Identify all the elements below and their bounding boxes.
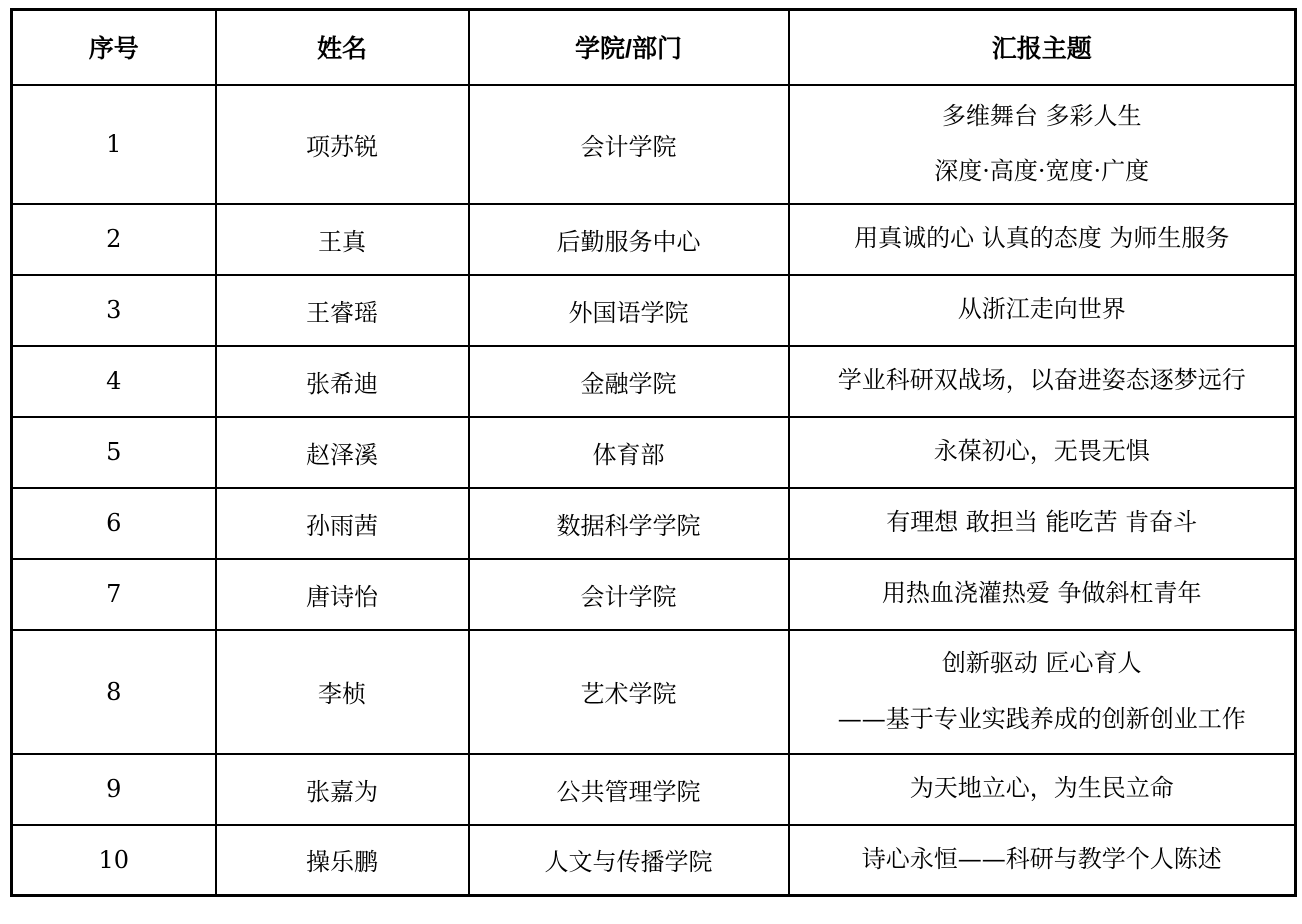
cell-name: 唐诗怡 (216, 559, 469, 630)
cell-name: 张嘉为 (216, 754, 469, 825)
cell-topic: 有理想 敢担当 能吃苦 肯奋斗 (789, 488, 1296, 559)
cell-no: 6 (12, 488, 216, 559)
table-row: 2 王真 后勤服务中心 用真诚的心 认真的态度 为师生服务 (12, 204, 1296, 275)
table-row: 10 操乐鹏 人文与传播学院 诗心永恒——科研与教学个人陈述 (12, 825, 1296, 896)
topic-line-1: 用真诚的心 认真的态度 为师生服务 (794, 211, 1291, 266)
topic-line-1: 学业科研双战场，以奋进姿态逐梦远行 (794, 353, 1291, 408)
topic-line-1: 用热血浇灌热爱 争做斜杠青年 (794, 566, 1291, 621)
cell-dept: 后勤服务中心 (469, 204, 789, 275)
cell-topic: 从浙江走向世界 (789, 275, 1296, 346)
cell-name: 孙雨茜 (216, 488, 469, 559)
topic-line-2: 深度·高度·宽度·广度 (794, 144, 1291, 199)
cell-no: 7 (12, 559, 216, 630)
cell-topic: 诗心永恒——科研与教学个人陈述 (789, 825, 1296, 896)
cell-dept: 人文与传播学院 (469, 825, 789, 896)
cell-no: 8 (12, 630, 216, 754)
topic-line-1: 多维舞台 多彩人生 (794, 89, 1291, 144)
cell-topic: 为天地立心，为生民立命 (789, 754, 1296, 825)
cell-dept: 体育部 (469, 417, 789, 488)
cell-no: 5 (12, 417, 216, 488)
cell-topic: 用真诚的心 认真的态度 为师生服务 (789, 204, 1296, 275)
table-row: 5 赵泽溪 体育部 永葆初心，无畏无惧 (12, 417, 1296, 488)
topic-line-1: 从浙江走向世界 (794, 282, 1291, 337)
cell-topic: 永葆初心，无畏无惧 (789, 417, 1296, 488)
cell-name: 张希迪 (216, 346, 469, 417)
cell-no: 2 (12, 204, 216, 275)
report-table: 序号 姓名 学院/部门 汇报主题 1 项苏锐 会计学院 多维舞台 多彩人生 深度… (10, 8, 1297, 897)
table-row: 9 张嘉为 公共管理学院 为天地立心，为生民立命 (12, 754, 1296, 825)
cell-dept: 会计学院 (469, 85, 789, 204)
topic-line-1: 有理想 敢担当 能吃苦 肯奋斗 (794, 495, 1291, 550)
table-row: 3 王睿瑶 外国语学院 从浙江走向世界 (12, 275, 1296, 346)
cell-dept: 会计学院 (469, 559, 789, 630)
header-row: 序号 姓名 学院/部门 汇报主题 (12, 10, 1296, 85)
table-row: 7 唐诗怡 会计学院 用热血浇灌热爱 争做斜杠青年 (12, 559, 1296, 630)
table-row: 6 孙雨茜 数据科学学院 有理想 敢担当 能吃苦 肯奋斗 (12, 488, 1296, 559)
topic-line-1: 创新驱动 匠心育人 (794, 636, 1291, 691)
cell-name: 赵泽溪 (216, 417, 469, 488)
topic-line-1: 诗心永恒——科研与教学个人陈述 (794, 832, 1291, 887)
cell-topic: 用热血浇灌热爱 争做斜杠青年 (789, 559, 1296, 630)
table-row: 8 李桢 艺术学院 创新驱动 匠心育人 ——基于专业实践养成的创新创业工作 (12, 630, 1296, 754)
header-dept: 学院/部门 (469, 10, 789, 85)
cell-dept: 公共管理学院 (469, 754, 789, 825)
table-row: 4 张希迪 金融学院 学业科研双战场，以奋进姿态逐梦远行 (12, 346, 1296, 417)
topic-line-2: ——基于专业实践养成的创新创业工作 (794, 692, 1291, 747)
header-no: 序号 (12, 10, 216, 85)
cell-no: 9 (12, 754, 216, 825)
topic-line-1: 为天地立心，为生民立命 (794, 761, 1291, 816)
table-row: 1 项苏锐 会计学院 多维舞台 多彩人生 深度·高度·宽度·广度 (12, 85, 1296, 204)
cell-name: 操乐鹏 (216, 825, 469, 896)
cell-name: 王睿瑶 (216, 275, 469, 346)
cell-name: 项苏锐 (216, 85, 469, 204)
cell-topic: 多维舞台 多彩人生 深度·高度·宽度·广度 (789, 85, 1296, 204)
header-topic: 汇报主题 (789, 10, 1296, 85)
header-name: 姓名 (216, 10, 469, 85)
cell-topic: 学业科研双战场，以奋进姿态逐梦远行 (789, 346, 1296, 417)
cell-no: 10 (12, 825, 216, 896)
cell-dept: 数据科学学院 (469, 488, 789, 559)
cell-no: 1 (12, 85, 216, 204)
cell-topic: 创新驱动 匠心育人 ——基于专业实践养成的创新创业工作 (789, 630, 1296, 754)
cell-dept: 外国语学院 (469, 275, 789, 346)
cell-no: 3 (12, 275, 216, 346)
cell-no: 4 (12, 346, 216, 417)
cell-name: 王真 (216, 204, 469, 275)
cell-dept: 艺术学院 (469, 630, 789, 754)
topic-line-1: 永葆初心，无畏无惧 (794, 424, 1291, 479)
cell-dept: 金融学院 (469, 346, 789, 417)
cell-name: 李桢 (216, 630, 469, 754)
